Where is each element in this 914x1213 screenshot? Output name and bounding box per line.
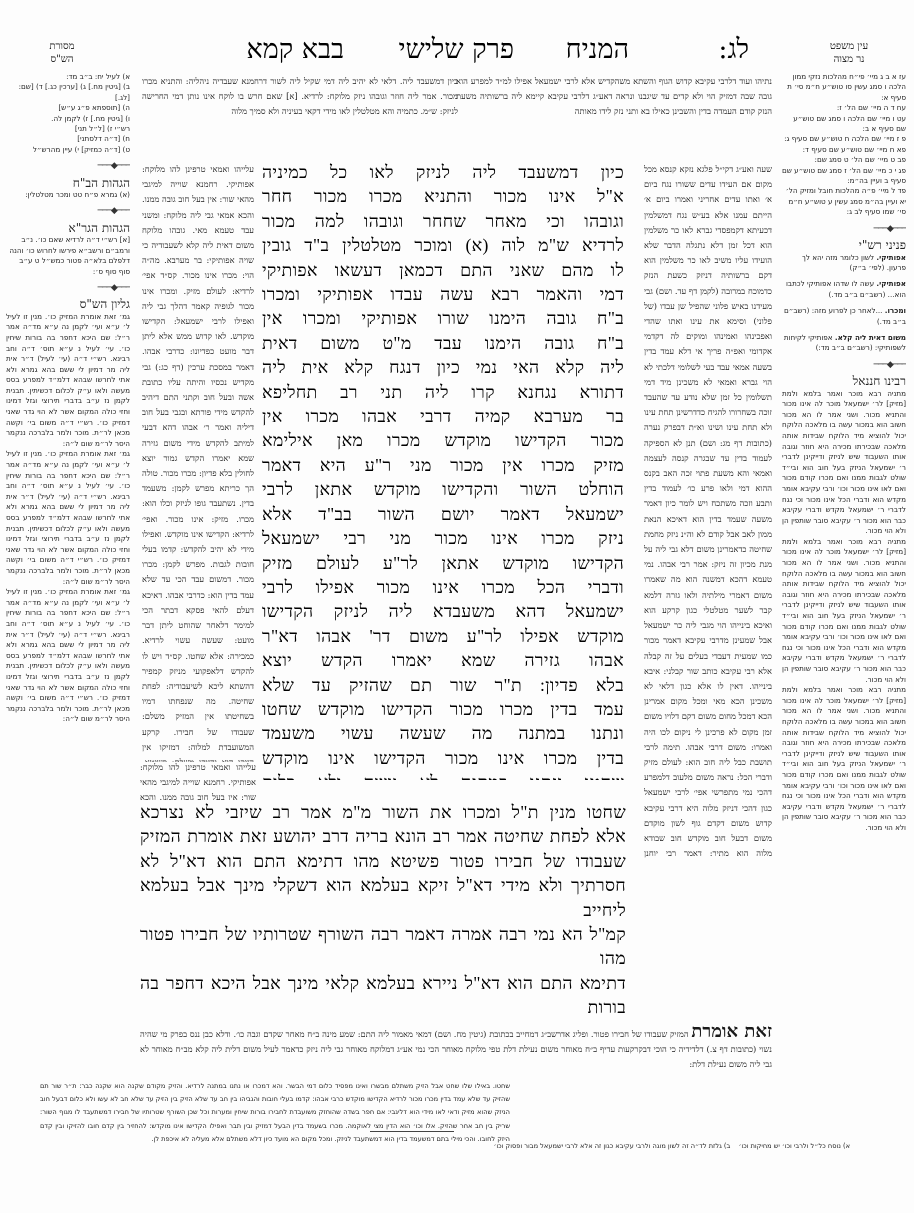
- masoret-entry: ה) [תוספתא פ״ג ע״ש]: [6, 103, 130, 113]
- gilyon-hashas-text-cont: גמ׳ זאת אומרת המזיק כו׳. מנין זו לעיל ל׳…: [6, 449, 130, 587]
- gemara-line: א"ל אינו מכור והתניא מכרו מכור חחר: [262, 184, 624, 208]
- ein-mishpat-label: עין משפט נר מצוה: [814, 40, 884, 66]
- pninei-rashi-entry: אפותיקי. לשון כלומר מזה יהא לך פרעון. (ל…: [782, 253, 906, 274]
- gemara-line: ניזק מכרו אינו מכור מני רבי ישמעאל: [262, 526, 624, 550]
- hagahot-hagra: הגהות הגר"א [א] רש״י ד״ה לרדיא שאם כו׳. …: [6, 223, 130, 277]
- gemara-line: דתורא נגחנא קרו ליה תני רב תחליפא: [262, 380, 624, 404]
- gemara-line: ודברי הכל מכרו אינו מכור אפילו לרבי: [262, 575, 624, 599]
- tosafot-column: שעה ואע״ג דקי״ל פלגא נזקא קנסא מכל מקום …: [644, 162, 772, 862]
- gilyon-hashas: גליון הש"ס גמ׳ זאת אומרת המזיק כו׳. מנין…: [6, 299, 130, 725]
- gemara-line: ב"ח גובה הימנו שורו אפותיקי ומכרו אין: [262, 306, 624, 330]
- left-margin: א) לעיל יח: ב״ב מד: ב) [גיטין מח.] ג) [ע…: [6, 72, 130, 1072]
- ein-mishpat-entry: פא ח מיי׳ שם טוש״ע שם סעיף ד:: [782, 145, 906, 155]
- gemara-line: מוקדש אפילו לר"ע משום דר' אבהו דא"ר: [262, 624, 624, 648]
- gemara-line: חסרתיך ולא מידי דא"ל זיקא בעלמא הוא דשקל…: [140, 873, 626, 922]
- hagahot-hagra-title: הגהות הגר"א: [6, 223, 130, 233]
- divider-ornament: ───◆───: [6, 206, 130, 216]
- tosafot-bottom-lead: זאת אומרת: [691, 1024, 772, 1042]
- rashi-column-end: עלייהו ואמאי טרפינן להו מלוקח: אפותיקי. …: [140, 760, 256, 800]
- masoret-entry: ט) [ד״ה כמזיק] י) עיין מהרש״ל: [6, 145, 130, 155]
- masoret-entry: ח) [ד״ה דלסתני]: [6, 134, 130, 144]
- gemara-line: קמ"ל הא נמי רבה אמרה דאמר רבה השורף שטרו…: [140, 922, 626, 971]
- divider-ornament: ───◆───: [6, 161, 130, 171]
- gemara-line: בר מערבא קמיה דרבי אבהו מכרו אין: [262, 404, 624, 428]
- rashi-column: עלייהו ואמאי טרפינן להו מלוקח: אפותיקי. …: [142, 162, 254, 762]
- gemara-line: כיון דמשעבד ליה לניזק לאו כל כמיניה: [262, 160, 624, 184]
- hagahot-habach: הגהות הב"ח (א) גמרא פ״ח טט ומכר מטלטלין:: [6, 178, 130, 201]
- gemara-line: לרדיא ש"מ לוה (א) ומוכר מטלטלין ב"ד גובי…: [262, 233, 624, 257]
- divider-ornament: ───◆───: [782, 360, 906, 370]
- gemara-main: כיון דמשעבד ליה לניזק לאו כל כמיניה א"ל …: [262, 160, 624, 780]
- ein-mishpat-entry: עט ו מיי׳ שם הלכה ו סמג שם טוש״ע שם סעיף…: [782, 114, 906, 135]
- gemara-line: וגובהו וכי מאחר שחחר וגובהו למה מכור: [262, 209, 624, 233]
- rabbeinu-chananel-text: מתניה רבא מוכר ואמר בלמא ולמת [מזיק] לר׳…: [782, 389, 906, 537]
- gemara-line: בדין מכרו אינו מכור הקדישו אינו מוקדש: [262, 746, 624, 770]
- gemara-line: אבהו גזירה שמא יאמרו הקדש יוצא: [262, 648, 624, 672]
- footnote: ב) גלזת לד״ה זה לשון מוגה ולרבי עקיבא כג…: [494, 1142, 731, 1150]
- ein-mishpat-entry: עז א ב ג מיי׳ פי״ח מהלכות נזקי ממון הלכה…: [782, 72, 906, 103]
- gemara-line: עמד בדין מכרו מכור הקדישו מוקדש שחטו: [262, 697, 624, 721]
- gemara-line: שחטו ונתנו במתנה לא עשה ולא כלום: [262, 770, 624, 780]
- gemara-line: ישמעאל דהא משעבדא ליה לניזק הקדישו: [262, 599, 624, 623]
- masoret-hashas-label: מסורת הש"ס: [27, 40, 97, 66]
- ein-mishpat-entry: פ ז מיי׳ שם הלכה ח טוש״ע שם סעיף ג:: [782, 134, 906, 144]
- gemara-line: שחטו מנין ת"ל ומכרו את השור מ"מ אמר רב ש…: [140, 800, 626, 824]
- gemara-wide: שחטו מנין ת"ל ומכרו את השור מ"מ אמר רב ש…: [140, 800, 626, 1020]
- gemara-line: אלא לפחת שחיטה אמר רב הונא בריה דרב יהוש…: [140, 824, 626, 848]
- divider-ornament: ───◆───: [782, 224, 906, 234]
- gilyon-hashas-text: גמ׳ זאת אומרת המזיק כו׳. מנין זו לעיל ל׳…: [6, 312, 130, 450]
- rashi-top: ביון דמשעבד ליה. דלאי לא יהיב ליה דמי שק…: [142, 74, 458, 162]
- gemara-line: בלא פדיון: ת"ר שור תם שהזיק עד שלא: [262, 673, 624, 697]
- footnote-rule: [370, 1131, 454, 1132]
- masoret-entry: רש״י ז) [ל״ל תני]: [6, 124, 130, 134]
- gemara-line: ליה קלא האי נמי כיון דנגח קלא אית ליה: [262, 355, 624, 379]
- pninei-rashi-entry: אפותיקי. עשה לו שדהו אפותיקי לכתבו הוא..…: [782, 279, 906, 300]
- pninei-rashi: פניני רש"י אפותיקי. לשון כלומר מזה יהא ל…: [782, 240, 906, 354]
- gemara-line: מכור הקדישו מוקדש מכרו מאן אילימא: [262, 428, 624, 452]
- chapter-name: המניח: [566, 36, 629, 63]
- rabbeinu-chananel-title: רבינו חננאל: [782, 376, 906, 386]
- rabbeinu-chananel-text-cont: מתניה רבא מוכר ואמר בלמא ולמת [מזיק] לר׳…: [782, 685, 906, 833]
- ein-mishpat-entry: פד ל מיי׳ פ״ה מהלכות חובל ומזיק הל׳ יא ו…: [782, 186, 906, 217]
- footnotes: א) נוסח כל״ל ולרבי וכו׳ יש מחיקות וכו׳ ב…: [250, 1140, 850, 1154]
- gilyon-hashas-title: גליון הש"ס: [6, 299, 130, 309]
- rabbeinu-chananel: רבינו חננאל מתניה רבא מוכר ואמר בלמא ולמ…: [782, 376, 906, 833]
- masoret-hashas: א) לעיל יח: ב״ב מד: ב) [גיטין מח.] ג) [ע…: [6, 72, 130, 155]
- pninei-rashi-title: פניני רש"י: [782, 240, 906, 250]
- masoret-entry: ב) [גיטין מח.] ג) [ערכין כג.] ד) [שם: [ל…: [6, 82, 130, 103]
- ein-mishpat-entry: פב ט מיי׳ שם הל׳ ט סמג שם:: [782, 155, 906, 165]
- page-number: לג:: [718, 36, 749, 63]
- footnote: א) נוסח כל״ל ולרבי וכו׳ יש מחיקות וכו׳: [739, 1142, 850, 1150]
- tosafot-top: נתיהו ועוד דלרבי עקיבא קדוש הגוף והשתא מ…: [456, 74, 772, 162]
- ein-mishpat: עז א ב ג מיי׳ פי״ח מהלכות נזקי ממון הלכה…: [782, 72, 906, 218]
- gemara-line: הקדישו מוקדש אתאן לר"ע לעולם מזיק: [262, 551, 624, 575]
- gilyon-hashas-text-cont: גמ׳ זאת אומרת המזיק כו׳. מנין זו לעיל ל׳…: [6, 587, 130, 725]
- masoret-entry: א) לעיל יח: ב״ב מד:: [6, 72, 130, 82]
- rabbeinu-chananel-text-cont: מתניה רבא מוכר ואמר בלמא ולמת [מזיק] לר׳…: [782, 537, 906, 685]
- pninei-rashi-entry: ומכרו. ...לאחר כן לפרוע מזה: (רשב״ם ב״ב …: [782, 306, 906, 327]
- gemara-line: דמי והאמר רבא עשה עבדו אפותיקי ומכרו: [262, 282, 624, 306]
- hagahot-hagra-text: [א] רש״י ד״ה לרדיא שאם כו׳. נ״ב ורמב״ם ו…: [6, 235, 130, 277]
- gemara-line: הוחלט השור והקדישו מוקדש אתאן לרבי: [262, 477, 624, 501]
- tosafot-bottom: זאת אומרת המזיק שעבודו של חבירו פטור. ופ…: [140, 1024, 772, 1072]
- pninei-rashi-entry: משום דאית ליה קלא. אפותיקי לקיחות לשפותי…: [782, 333, 906, 354]
- chapter-number: פרק שלישי: [399, 36, 514, 63]
- hagahot-habach-title: הגהות הב"ח: [6, 178, 130, 188]
- gemara-line: דתימא התם הוא דא"ל ניירא בעלמא קלאי מינך…: [140, 971, 626, 1020]
- tosafot-bottom-text: המזיק שעבודו של חבירו פטור. ופליג אדרשב״…: [140, 1029, 772, 1069]
- right-margin: עז א ב ג מיי׳ פי״ח מהלכות נזקי ממון הלכה…: [782, 72, 906, 1072]
- gemara-line: מזיק מכרו אין מכור מני ר"ע היא דאמר: [262, 453, 624, 477]
- hagahot-habach-text: (א) גמרא פ״ח טט ומכר מטלטלין:: [6, 190, 130, 200]
- ein-mishpat-entry: עח ד ה מיי׳ שם הל׳ ז:: [782, 103, 906, 113]
- divider-ornament: ───◆───: [6, 283, 130, 293]
- gemara-line: שעבודו של חבירו פטור פשיטא מהו דתימא התם…: [140, 849, 626, 873]
- masoret-entry: ו) [גיטין מח.] ז) לקמן לה.: [6, 114, 130, 124]
- gemara-line: ב"ח גובה הימנו עבד מ"ט משום דאית: [262, 331, 624, 355]
- tractate-name: בבא קמא: [247, 36, 344, 63]
- gemara-line: ונתנו במתנה מה שעשה עשוי משעמד: [262, 721, 624, 745]
- gemara-line: לו מהם שאני התם דכמאן דעשאו אפותיקי: [262, 258, 624, 282]
- gemara-line: ישמעאל דאמר יושם השור בב"ד אלא: [262, 502, 624, 526]
- ein-mishpat-entry: פג י כ מיי׳ שם הל׳ ז סמג שם טוש״ע שם סעי…: [782, 166, 906, 187]
